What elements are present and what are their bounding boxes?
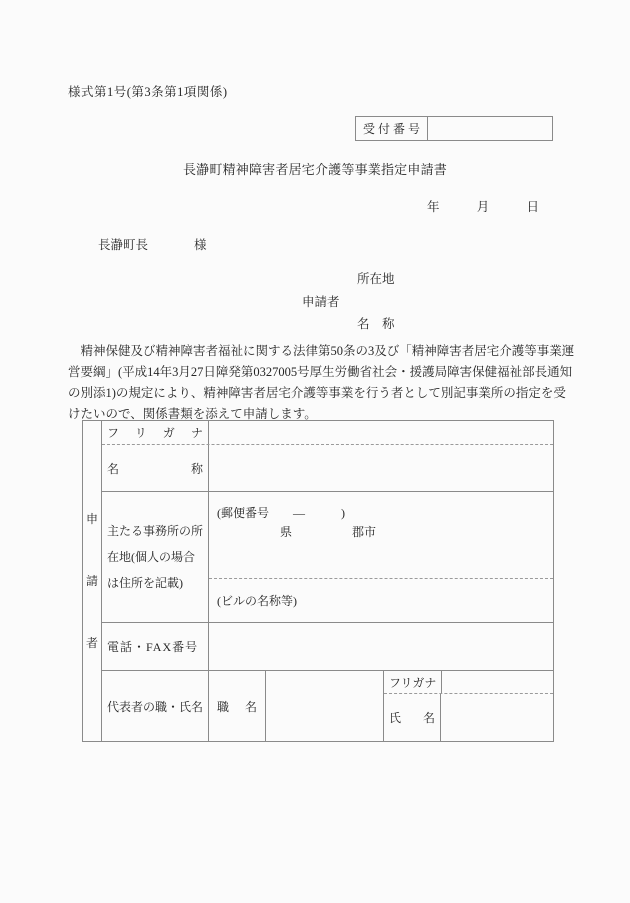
furigana-label-cell: フリガナ — [102, 421, 209, 444]
body-line: 精神保健及び精神障害者福祉に関する法律第50条の3及び「精神障害者居宅介護等事業… — [68, 341, 568, 362]
table-row-representative: 代表者の職・氏名 職名 フリガナ 氏名 — [102, 671, 553, 741]
body-line: 営要綱」(平成14年3月27日障発第0327005号厚生労働省社会・援護局障害保… — [68, 362, 568, 383]
reception-number-box: 受付番号 — [355, 116, 553, 141]
body-line: の別添1)の規定により、精神障害者居宅介護等事業を行う者として別記事業所の指定を… — [68, 383, 568, 404]
body-paragraph: 精神保健及び精神障害者福祉に関する法律第50条の3及び「精神障害者居宅介護等事業… — [68, 341, 568, 425]
document-title: 長瀞町精神障害者居宅介護等事業指定申請書 — [0, 159, 630, 178]
form-style-note: 様式第1号(第3条第1項関係) — [68, 82, 228, 100]
representative-name-label: 氏名 — [389, 709, 435, 726]
prefecture-label: 県 — [280, 525, 292, 539]
phone-fax-label: 電話・FAX番号 — [107, 638, 203, 655]
prefecture-city-line: 県 郡市 — [217, 523, 553, 542]
representative-name-value-cell — [441, 694, 553, 741]
representative-label: 代表者の職・氏名 — [107, 698, 203, 715]
office-address-label-line: 在地(個人の場合 — [107, 544, 203, 570]
applicant-vertical-header: 申 請 者 — [83, 421, 102, 741]
office-address-building-cell: (ビルの名称等) — [209, 579, 553, 622]
city-label: 郡市 — [352, 525, 376, 539]
building-name-label: (ビルの名称等) — [217, 592, 297, 609]
date-year-label: 年 — [427, 197, 440, 215]
signature-address-label: 所在地 — [357, 269, 395, 287]
office-address-upper-cell: (郵便番号 ― ) 県 郡市 — [209, 492, 553, 579]
addressee-line: 長瀞町長 様 — [98, 235, 207, 253]
reception-number-label: 受付番号 — [363, 120, 420, 137]
furigana-value-cell — [209, 421, 553, 444]
name-label: 名称 — [107, 460, 203, 477]
phone-fax-label-cell: 電話・FAX番号 — [102, 623, 209, 670]
office-address-label-cell: 主たる事務所の所 在地(個人の場合 は住所を記載) — [102, 492, 209, 622]
table-row-furigana: フリガナ — [102, 421, 553, 445]
job-title-label: 職名 — [217, 698, 257, 715]
applicant-vertical-char: 者 — [83, 634, 101, 651]
reception-number-value-cell — [428, 117, 552, 140]
representative-name-row: 氏名 — [384, 694, 553, 741]
date-day-label: 日 — [526, 197, 539, 215]
representative-furigana-label-cell: フリガナ — [384, 671, 442, 693]
representative-name-group: フリガナ 氏名 — [384, 671, 553, 741]
office-address-label-line: は住所を記載) — [107, 570, 203, 596]
name-value-cell — [209, 445, 553, 491]
table-row-phone-fax: 電話・FAX番号 — [102, 623, 553, 671]
date-month-label: 月 — [477, 197, 490, 215]
applicant-vertical-char: 申 — [83, 510, 101, 527]
reception-number-label-cell: 受付番号 — [356, 117, 428, 140]
signature-name-label: 名 称 — [357, 314, 395, 332]
furigana-label: フリガナ — [107, 424, 203, 441]
applicant-vertical-char: 請 — [83, 572, 101, 589]
form-page: 様式第1号(第3条第1項関係) 受付番号 長瀞町精神障害者居宅介護等事業指定申請… — [0, 0, 630, 903]
date-line: 年 月 日 — [427, 197, 539, 215]
representative-furigana-value-cell — [442, 671, 553, 693]
office-address-value-cell: (郵便番号 ― ) 県 郡市 (ビルの名称等) — [209, 492, 553, 622]
table-row-office-address: 主たる事務所の所 在地(個人の場合 は住所を記載) (郵便番号 ― ) 県 郡市… — [102, 492, 553, 623]
job-title-value-cell — [266, 671, 384, 741]
name-label-cell: 名称 — [102, 445, 209, 491]
representative-label-cell: 代表者の職・氏名 — [102, 671, 209, 741]
office-address-label-line: 主たる事務所の所 — [107, 518, 203, 544]
addressee-honorific: 様 — [194, 235, 207, 253]
representative-furigana-label: フリガナ — [389, 674, 436, 691]
job-title-label-cell: 職名 — [209, 671, 266, 741]
table-row-name: 名称 — [102, 445, 553, 492]
phone-fax-value-cell — [209, 623, 553, 670]
addressee-name: 長瀞町長 — [98, 235, 148, 253]
representative-name-label-cell: 氏名 — [384, 694, 441, 741]
representative-furigana-row: フリガナ — [384, 671, 553, 694]
signature-applicant-label: 申請者 — [302, 292, 340, 310]
applicant-table: 申 請 者 フリガナ 名称 主たる事務所の所 — [82, 420, 554, 742]
postal-code-line: (郵便番号 ― ) — [217, 504, 553, 523]
